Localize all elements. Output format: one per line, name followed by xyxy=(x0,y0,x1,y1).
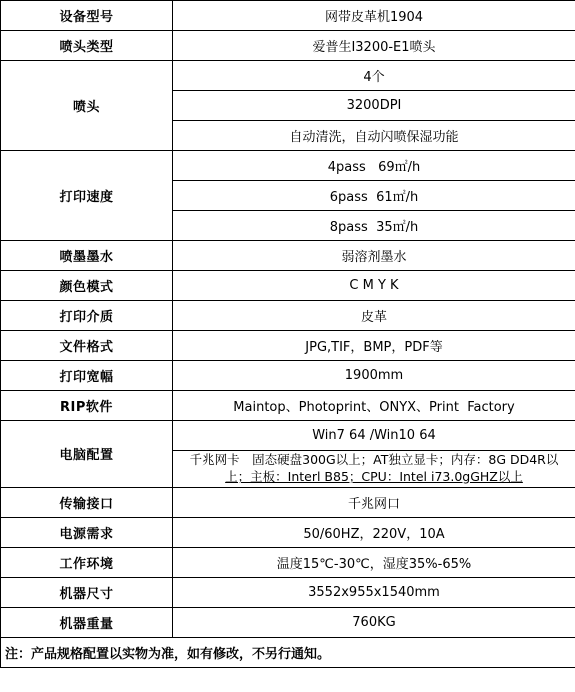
print-media-value: 皮革 xyxy=(173,301,575,331)
print-speed-8pass-value: 8pass 35㎡/h xyxy=(173,211,575,241)
file-format-value: JPG,TIF，BMP，PDF等 xyxy=(173,331,575,361)
row-interface: 传输接口 千兆网口 xyxy=(1,487,575,517)
row-printhead-type: 喷头类型 爱普生I3200-E1喷头 xyxy=(1,31,575,61)
device-model-value: 网带皮革机1904 xyxy=(173,1,575,31)
ink-type-value: 弱溶剂墨水 xyxy=(173,241,575,271)
interface-label: 传输接口 xyxy=(1,487,173,517)
computer-detail-value: 千兆网卡 固态硬盘300G以上；AT独立显卡；内存：8G DD4R以上；主板：I… xyxy=(173,451,575,488)
row-disclaimer: 注：产品规格配置以实物为准，如有修改，不另行通知。 xyxy=(1,637,575,667)
computer-os-value: Win7 64 /Win10 64 xyxy=(173,421,575,451)
printhead-type-label: 喷头类型 xyxy=(1,31,173,61)
machine-size-label: 机器尺寸 xyxy=(1,577,173,607)
row-ink-type: 喷墨墨水 弱溶剂墨水 xyxy=(1,241,575,271)
printhead-cleaning-value: 自动清洗，自动闪喷保湿功能 xyxy=(173,121,575,151)
environment-label: 工作环境 xyxy=(1,547,173,577)
row-printhead-count: 喷头 4个 xyxy=(1,61,575,91)
row-color-mode: 颜色模式 C M Y K xyxy=(1,271,575,301)
machine-weight-value: 760KG xyxy=(173,607,575,637)
color-mode-label: 颜色模式 xyxy=(1,271,173,301)
rip-software-value: Maintop、Photoprint、ONYX、Print Factory xyxy=(173,391,575,421)
print-speed-6pass-value: 6pass 61㎡/h xyxy=(173,181,575,211)
computer-config-label: 电脑配置 xyxy=(1,421,173,488)
machine-weight-label: 机器重量 xyxy=(1,607,173,637)
row-computer-os: 电脑配置 Win7 64 /Win10 64 xyxy=(1,421,575,451)
print-width-value: 1900mm xyxy=(173,361,575,391)
machine-size-value: 3552x955x1540mm xyxy=(173,577,575,607)
row-environment: 工作环境 温度15℃-30℃，湿度35%-65% xyxy=(1,547,575,577)
row-machine-size: 机器尺寸 3552x955x1540mm xyxy=(1,577,575,607)
print-speed-4pass-value: 4pass 69㎡/h xyxy=(173,151,575,181)
interface-value: 千兆网口 xyxy=(173,487,575,517)
row-machine-weight: 机器重量 760KG xyxy=(1,607,575,637)
row-device-model: 设备型号 网带皮革机1904 xyxy=(1,1,575,31)
row-rip-software: RIP软件 Maintop、Photoprint、ONYX、Print Fact… xyxy=(1,391,575,421)
computer-detail-line1: 千兆网卡 固态硬盘300G以上；AT独立显卡；内存：8G DD4R以 xyxy=(190,452,559,467)
power-label: 电源需求 xyxy=(1,517,173,547)
row-power: 电源需求 50/60HZ，220V，10A xyxy=(1,517,575,547)
row-file-format: 文件格式 JPG,TIF，BMP，PDF等 xyxy=(1,331,575,361)
printhead-dpi-value: 3200DPI xyxy=(173,91,575,121)
disclaimer-note: 注：产品规格配置以实物为准，如有修改，不另行通知。 xyxy=(1,637,575,667)
device-model-label: 设备型号 xyxy=(1,1,173,31)
color-mode-value: C M Y K xyxy=(173,271,575,301)
print-media-label: 打印介质 xyxy=(1,301,173,331)
row-print-speed-4pass: 打印速度 4pass 69㎡/h xyxy=(1,151,575,181)
row-print-media: 打印介质 皮革 xyxy=(1,301,575,331)
printhead-type-value: 爱普生I3200-E1喷头 xyxy=(173,31,575,61)
ink-type-label: 喷墨墨水 xyxy=(1,241,173,271)
row-print-width: 打印宽幅 1900mm xyxy=(1,361,575,391)
power-value: 50/60HZ，220V，10A xyxy=(173,517,575,547)
rip-software-label: RIP软件 xyxy=(1,391,173,421)
environment-value: 温度15℃-30℃，湿度35%-65% xyxy=(173,547,575,577)
print-width-label: 打印宽幅 xyxy=(1,361,173,391)
spec-table: 设备型号 网带皮革机1904 喷头类型 爱普生I3200-E1喷头 喷头 4个 … xyxy=(0,0,575,668)
printhead-count-value: 4个 xyxy=(173,61,575,91)
file-format-label: 文件格式 xyxy=(1,331,173,361)
printhead-label: 喷头 xyxy=(1,61,173,151)
spec-sheet-page: 设备型号 网带皮革机1904 喷头类型 爱普生I3200-E1喷头 喷头 4个 … xyxy=(0,0,575,692)
computer-detail-line2: 上；主板：Interl B85；CPU：Intel i73.0gGHZ以上 xyxy=(225,469,523,484)
print-speed-label: 打印速度 xyxy=(1,151,173,241)
